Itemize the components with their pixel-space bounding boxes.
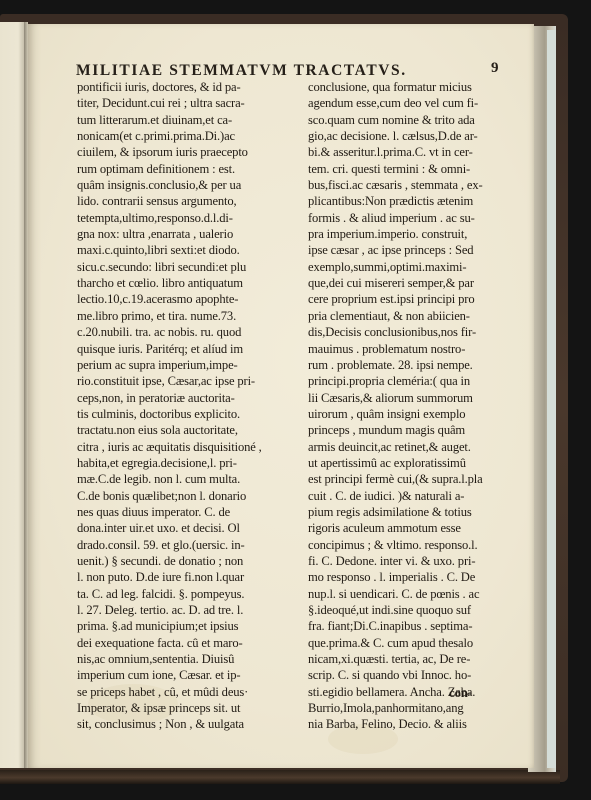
text-line: lii Cæsaris,& aliorum summorum (308, 390, 530, 406)
text-line: citra , iuris ac æquitatis disquisitioné… (77, 439, 299, 455)
text-line: cuit . C. de iudici. )& naturali a- (308, 488, 530, 504)
text-line: uenit.) § secundi. de donatio ; non (77, 553, 299, 569)
text-line: imperium cum ione, Cæsar. et ip- (77, 667, 299, 683)
text-line: agendum esse,cum deo vel cum fi- (308, 95, 530, 111)
text-line: lectio.10,c.19.acerasmo apophte- (77, 291, 299, 307)
text-line: Imperator, & ipsæ princeps sit. ut (77, 700, 299, 716)
text-line: tharcho et cœlio. libro antiquatum (77, 275, 299, 291)
text-line: ta. C. ad leg. falcidi. §. pompeyus. (77, 586, 299, 602)
text-line: tetempta,ultimo,responso.d.l.di- (77, 210, 299, 226)
text-line: c.20.nubili. tra. ac nobis. ru. quod (77, 324, 299, 340)
text-line: rio.constituit ipse, Cæsar,ac ipse pri- (77, 373, 299, 389)
text-line: mæ.C.de legib. non l. cum multa. (77, 471, 299, 487)
text-line: rum . problemate. 28. ipsi nempe. (308, 357, 530, 373)
text-line: sit, conclusimus ; Non , & uulgata (77, 716, 299, 732)
text-line: nicam,xi.quæsti. tertia, ac, De re- (308, 651, 530, 667)
text-line: habita,et egregia.decisione,l. pri- (77, 455, 299, 471)
text-line: scrip. C. si quando vbi Innoc. ho- (308, 667, 530, 683)
folio-mark: 9 (491, 60, 499, 77)
text-line: bi.& asseritur.l.prima.C. vt in cer- (308, 144, 530, 160)
text-line: mo responso . l. imperialis . C. De (308, 569, 530, 585)
text-line: C.de bonis quælibet;non l. donario (77, 488, 299, 504)
text-line: princeps , mundum magis quâm (308, 422, 530, 438)
text-line: est principi fermè cui,(& supra.l.pla (308, 471, 530, 487)
text-line: fra. fiant;Di.C.inapibus . septima- (308, 618, 530, 634)
text-line: pontificii iuris, doctores, & id pa- (77, 79, 299, 95)
text-line: gio,ac decisione. l. cælsus,D.de ar- (308, 128, 530, 144)
text-line: Burrio,Imola,panhormitano,ang (308, 700, 530, 716)
text-line: uirorum , quâm insigni exemplo (308, 406, 530, 422)
text-line: gna nox: ultra ,enarrata , ualerio (77, 226, 299, 242)
text-line: plicantibus:Non prædictis ætenim (308, 193, 530, 209)
text-line: quisque iuris. Paritérq; et alíud im (77, 341, 299, 357)
text-line: principi.propria cleméria:( qua in (308, 373, 530, 389)
text-line: pria clementiaut, & non abiicien- (308, 308, 530, 324)
text-line: maxi.c.quinto,libri sexti:et diodo. (77, 242, 299, 258)
text-line: tis culminis, doctoribus explicito. (77, 406, 299, 422)
text-line: pra imperium.imperio. construit, (308, 226, 530, 242)
text-line: sti.egidio bellamera. Ancha. Zaba. (308, 684, 530, 700)
text-line: sicu.c.secundo: libri secundi:et plu (77, 259, 299, 275)
facing-page-sliver (0, 22, 26, 768)
text-line: mauimus . problematum nostro- (308, 341, 530, 357)
text-line: que.prima.& C. cum apud thesalo (308, 635, 530, 651)
text-line: prima. §.ad municipium;et ipsius (77, 618, 299, 634)
text-line: sco.quam cum nomine & trito ada (308, 112, 530, 128)
text-line: rum optimam definitionem : est. (77, 161, 299, 177)
text-line: tractatu.non eius sola auctoritate, (77, 422, 299, 438)
text-line: nonicam(et c.primi.prima.Di.)ac (77, 128, 299, 144)
text-line: cere proprium est.ipsi principi pro (308, 291, 530, 307)
page-fore-edge-inner (547, 30, 556, 768)
text-line: §.ideoqué,ut indi.sine quoquo suf (308, 602, 530, 618)
text-line: conclusione, qua formatur micius (308, 79, 530, 95)
text-line: pium regis adsimilatione & totius (308, 504, 530, 520)
text-line: bus,fisci.ac cæsaris , stemmata , ex- (308, 177, 530, 193)
text-column-left: pontificii iuris, doctores, & id pa-tite… (77, 79, 299, 733)
text-line: drado.consil. 59. et glo.(uersic. in- (77, 537, 299, 553)
text-line: perium ac supra imperium,impe- (77, 357, 299, 373)
text-line: ut apertissimû ac exploratissimû (308, 455, 530, 471)
text-line: quâm insignis.conclusio,& per ua (77, 177, 299, 193)
text-line: nia Barba, Felino, Decio. & aliis (308, 716, 530, 732)
running-head: MILITIAE STEMMATVM TRACTATVS. (76, 62, 506, 80)
text-line: me.libro primo, et tira. nume.73. (77, 308, 299, 324)
text-line: dis,Decisis conclusionibus,nos fir- (308, 324, 530, 340)
text-line: fi. C. Dedone. inter vi. & uxo. pri- (308, 553, 530, 569)
text-line: ceps,non, in peratoriæ auctorita- (77, 390, 299, 406)
text-line: l. 27. Deleg. tertio. ac. D. ad tre. l. (77, 602, 299, 618)
text-line: exemplo,summi,optimi.maximi- (308, 259, 530, 275)
text-line: que,dei cui misereri semper,& par (308, 275, 530, 291)
catchword: con- (449, 686, 472, 701)
text-line: formis . & aliud imperium . ac su- (308, 210, 530, 226)
text-line: tum litterarum.et diuinam,et ca- (77, 112, 299, 128)
text-line: ipse cæsar , ac ipse princeps : Sed (308, 242, 530, 258)
text-line: titer, Decidunt.cui rei ; ultra sacra- (77, 95, 299, 111)
text-line: l. non puto. D.de iure fi.non l.quar (77, 569, 299, 585)
text-line: dei exequatione facta. cû et maro- (77, 635, 299, 651)
text-line: rigoris aculeum ammotum esse (308, 520, 530, 536)
text-line: nes quas diuus imperator. C. de (77, 504, 299, 520)
text-line: nis,ac omnium,sententia. Diuisû (77, 651, 299, 667)
text-line: nup.l. si uendicari. C. de pœnis . ac (308, 586, 530, 602)
text-line: ciuilem, & ipsorum iuris praecepto (77, 144, 299, 160)
text-line: lido. contrarii sensus argumento, (77, 193, 299, 209)
book-cover-bottom-edge (0, 770, 560, 784)
text-column-right: conclusione, qua formatur miciusagendum … (308, 79, 530, 733)
text-line: concipimus ; & vltimo. responso.l. (308, 537, 530, 553)
text-line: tem. cri. questi termini : & omni- (308, 161, 530, 177)
text-line: armis deuincit,ac retinet,& auget. (308, 439, 530, 455)
text-line: se priceps habet , cû, et mûdi deus· (77, 684, 299, 700)
text-line: dona.inter uir.et uxo. et decisi. Ol (77, 520, 299, 536)
